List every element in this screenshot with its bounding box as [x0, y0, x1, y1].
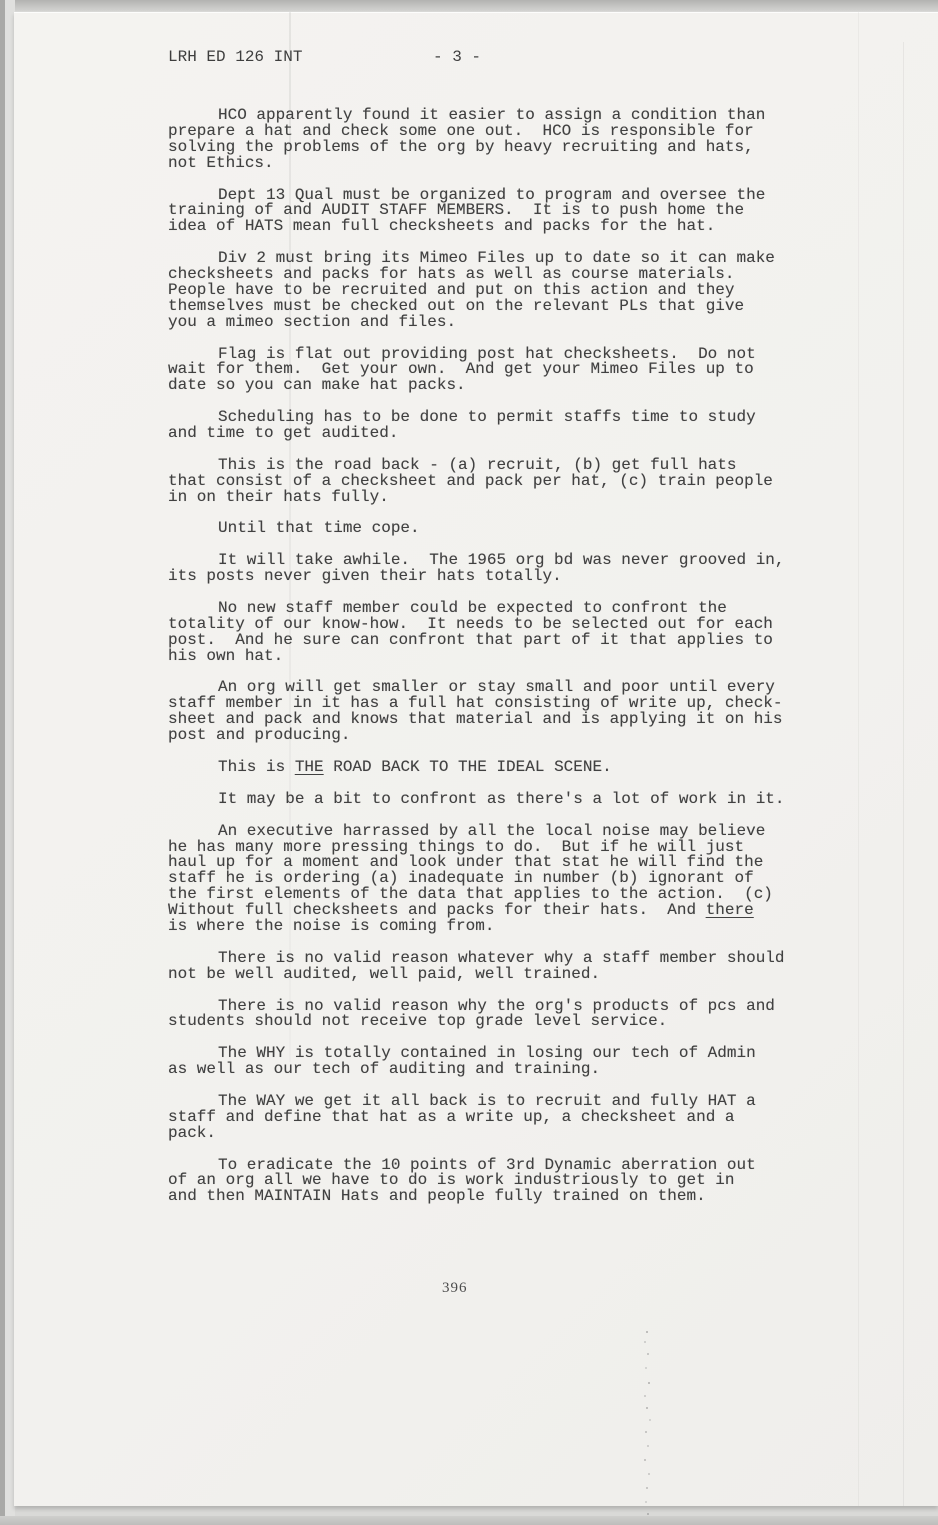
paragraph: Dept 13 Qual must be organized to progra…: [168, 188, 848, 236]
document-header: LRH ED 126 INT - 3 -: [168, 48, 768, 68]
paragraph: It will take awhile. The 1965 org bd was…: [168, 553, 848, 585]
speckle-marks: [644, 1327, 646, 1329]
paragraph: There is no valid reason whatever why a …: [168, 951, 848, 983]
paragraph: Until that time cope.: [168, 521, 848, 537]
paragraph: This is THE ROAD BACK TO THE IDEAL SCENE…: [168, 760, 848, 776]
paragraph: The WHY is totally contained in losing o…: [168, 1046, 848, 1078]
paragraph: To eradicate the 10 points of 3rd Dynami…: [168, 1158, 848, 1206]
paragraph: It may be a bit to confront as there's a…: [168, 792, 848, 808]
scan-edge-top: [0, 0, 938, 11]
scanner-streak: [858, 12, 859, 1506]
scanner-streak: [903, 42, 904, 1506]
paragraph: There is no valid reason why the org's p…: [168, 999, 848, 1031]
paragraph: The WAY we get it all back is to recruit…: [168, 1094, 848, 1142]
header-page-marker: - 3 -: [433, 48, 481, 66]
paragraph: An executive harrassed by all the local …: [168, 824, 848, 935]
document-page: LRH ED 126 INT - 3 - HCO apparently foun…: [14, 12, 938, 1506]
page-number: 396: [442, 1280, 468, 1297]
paragraph: This is the road back - (a) recruit, (b)…: [168, 458, 848, 506]
header-issue-id: LRH ED 126 INT: [168, 48, 302, 66]
paragraph: Scheduling has to be done to permit staf…: [168, 410, 848, 442]
scanned-document: LRH ED 126 INT - 3 - HCO apparently foun…: [0, 0, 938, 1525]
paragraph: An org will get smaller or stay small an…: [168, 680, 848, 744]
paragraph: No new staff member could be expected to…: [168, 601, 848, 665]
paragraph: Div 2 must bring its Mimeo Files up to d…: [168, 251, 848, 331]
paragraph: Flag is flat out providing post hat chec…: [168, 347, 848, 395]
document-body: HCO apparently found it easier to assign…: [168, 108, 848, 1221]
scan-edge-bottom: [0, 1516, 938, 1525]
paragraph: HCO apparently found it easier to assign…: [168, 108, 848, 172]
